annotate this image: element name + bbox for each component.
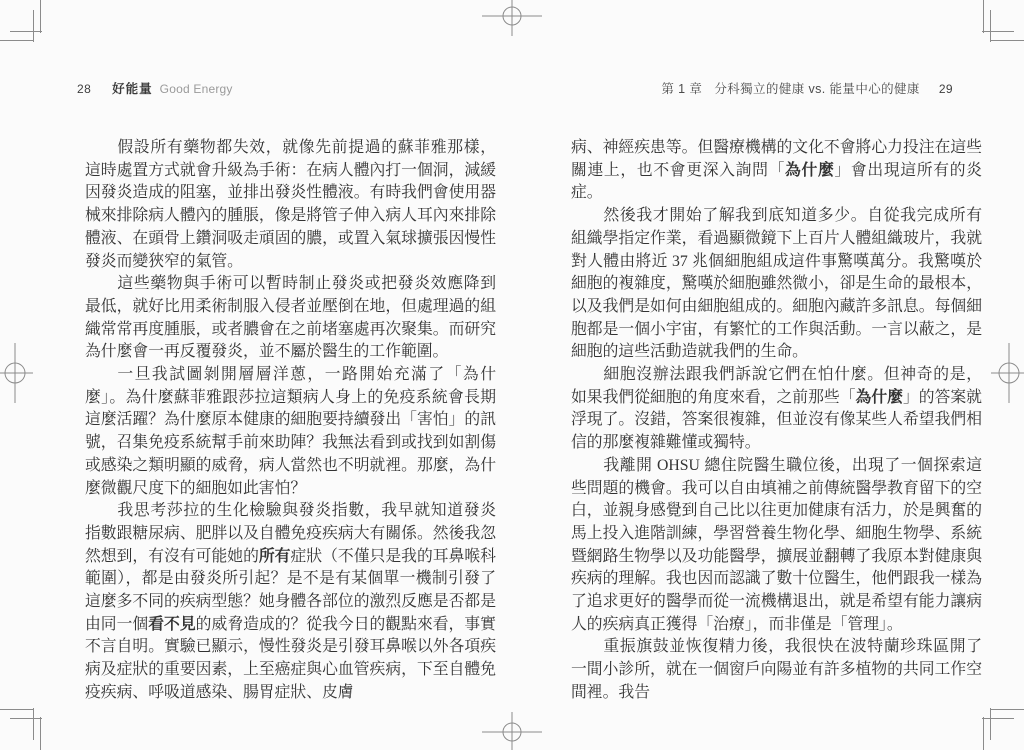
right-running-header: 第 1 章分科獨立的健康 vs. 能量中心的健康29 [661,81,953,97]
emphasis-text: 為什麼 [856,389,903,406]
left-page-text: 假設所有藥物都失效，就像先前提過的蘇菲雅那樣，這時處置方式就會升級為手術：在病人… [85,137,496,705]
body-text: 重振旗鼓並恢復精力後，我很快在波特蘭珍珠區開了一間小診所，就在一個窗戶向陽並有許… [571,638,982,700]
body-text: 假設所有藥物都失效，就像先前提過的蘇菲雅那樣，這時處置方式就會升級為手術：在病人… [85,139,496,270]
emphasis-text: 看不見 [148,616,195,633]
registration-mark-top-center [482,0,542,36]
paragraph: 細胞沒辦法跟我們訴說它們在怕什麼。但神奇的是，如果我們從細胞的角度來看，之前那些… [571,364,982,455]
body-text: 一旦我試圖剝開層層洋蔥，一路開始充滿了「為什麼」。為什麼蘇菲雅跟莎拉這類病人身上… [85,366,496,497]
crop-mark-top-left [0,0,42,42]
paragraph: 病、神經疾患等。但醫療機構的文化不會將心力投注在這些關連上，也不會更深入詢問「為… [571,137,982,205]
right-page-number: 29 [939,82,953,96]
registration-mark-right-center [991,343,1024,403]
left-running-header: 28好能量Good Energy [77,81,233,97]
crop-mark-top-right [982,0,1024,42]
paragraph: 我思考莎拉的生化檢驗與發炎指數，我早就知道發炎指數跟糖尿病、肥胖以及自體免疫疾病… [85,500,496,704]
chapter-title: 分科獨立的健康 vs. 能量中心的健康 [714,82,920,96]
emphasis-text: 為什麼 [785,162,834,179]
body-text: 這些藥物與手術可以暫時制止發炎或把發炎效應降到最低，就好比用柔術制服入侵者並壓倒… [85,275,496,360]
paragraph: 假設所有藥物都失效，就像先前提過的蘇菲雅那樣，這時處置方式就會升級為手術：在病人… [85,137,496,273]
emphasis-text: 所有 [259,548,291,565]
body-text: 然後我才開始了解我到底知道多少。自從我完成所有組織學指定作業，看過顯微鏡下上百片… [571,207,982,360]
paragraph: 重振旗鼓並恢復精力後，我很快在波特蘭珍珠區開了一間小診所，就在一個窗戶向陽並有許… [571,636,982,704]
paragraph: 一旦我試圖剝開層層洋蔥，一路開始充滿了「為什麼」。為什麼蘇菲雅跟莎拉這類病人身上… [85,364,496,500]
right-page-text: 病、神經疾患等。但醫療機構的文化不會將心力投注在這些關連上，也不會更深入詢問「為… [571,137,982,705]
chapter-label: 第 1 章 [661,82,702,96]
registration-mark-bottom-center [482,712,542,750]
book-title-en: Good Energy [160,82,233,96]
body-text: 我離開 OHSU 總住院醫生職位後，出現了一個探索這些問題的機會。我可以自由填補… [571,457,982,633]
book-title-zh: 好能量 [112,82,153,96]
paragraph: 然後我才開始了解我到底知道多少。自從我完成所有組織學指定作業，看過顯微鏡下上百片… [571,205,982,364]
crop-mark-bottom-right [982,708,1024,750]
paragraph: 這些藥物與手術可以暫時制止發炎或把發炎效應降到最低，就好比用柔術制服入侵者並壓倒… [85,273,496,364]
paragraph: 我離開 OHSU 總住院醫生職位後，出現了一個探索這些問題的機會。我可以自由填補… [571,455,982,637]
registration-mark-left-center [0,343,33,403]
crop-mark-bottom-left [0,708,42,750]
left-page-number: 28 [77,82,91,96]
